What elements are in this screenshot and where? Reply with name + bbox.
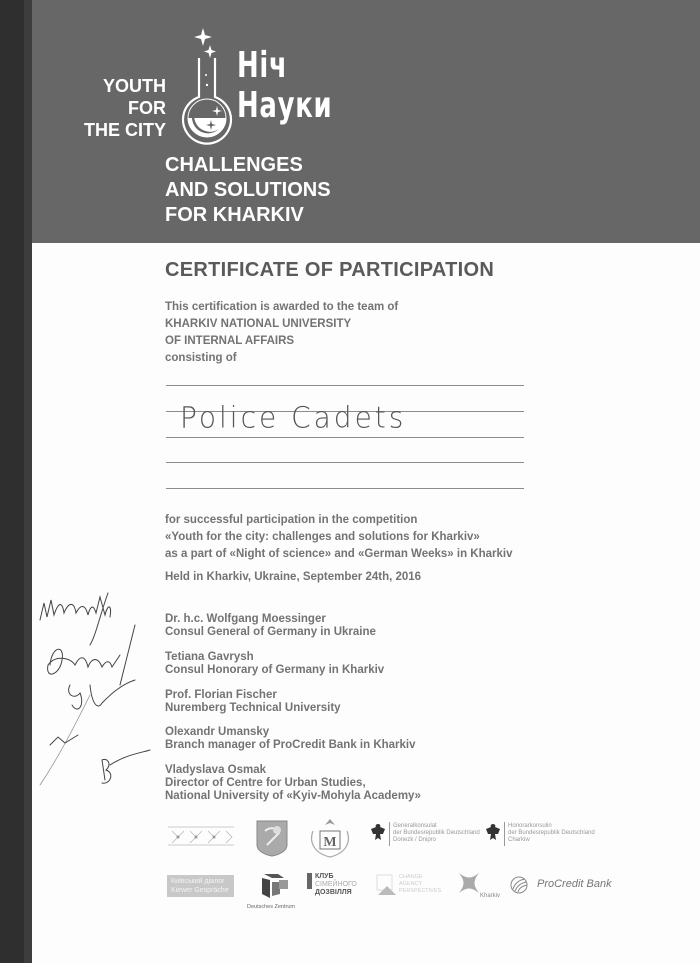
solutions-line: AND SOLUTIONS — [165, 178, 331, 203]
flask-moon-logo-icon — [175, 25, 245, 145]
kyiv-dialog-logo: Київський діалог Kiewer Gespräche — [167, 875, 234, 897]
signer-name: Vladyslava Osmak — [165, 764, 421, 777]
logo-line: СІМЕЙНОГО — [315, 881, 357, 889]
team-line — [166, 437, 524, 438]
signer-moessinger: Dr. h.c. Wolfgang Moessinger Consul Gene… — [165, 613, 376, 639]
change-agency-logo: CHANGE AGENCY PERSPECTIVES — [399, 874, 441, 895]
participation-text: for successful participation in the comp… — [165, 512, 512, 563]
signer-umansky: Olexandr Umansky Branch manager of ProCr… — [165, 726, 416, 752]
signer-name: Olexandr Umansky — [165, 726, 416, 739]
signer-name: Tetiana Gavrysh — [165, 651, 384, 664]
logo-line: Київський діалог — [171, 877, 230, 886]
signer-fischer: Prof. Florian Fischer Nuremberg Technica… — [165, 689, 341, 715]
team-name-handwritten: Police Cadets — [180, 400, 406, 435]
logo-line: Honorarkonsulin — [508, 823, 595, 830]
signatures-icon — [30, 585, 170, 805]
logo-divider — [504, 822, 505, 846]
university-line: KHARKIV NATIONAL UNIVERSITY — [165, 316, 398, 333]
logo-divider — [389, 822, 390, 846]
deutsches-zentrum-cube-icon — [258, 872, 290, 900]
kyiv-mohyla-academy-logo-icon: M — [305, 817, 355, 859]
kharkiv-star-logo-icon — [459, 873, 479, 893]
signer-role: Director of Centre for Urban Studies, — [165, 777, 421, 790]
binder-spine — [0, 0, 32, 963]
deutsches-zentrum-label: Deutsches Zentrum — [247, 904, 295, 911]
logo-line: der Bundesrepublik Deutschland — [508, 830, 595, 837]
challenges-heading: CHALLENGES AND SOLUTIONS FOR KHARKIV — [165, 153, 331, 228]
brand-line-1: Ніч — [237, 45, 288, 86]
consisting-of-line: consisting of — [165, 350, 398, 367]
logo-line: ДОЗВІЛЛЯ — [315, 889, 357, 897]
team-line — [166, 462, 524, 463]
logo-line: PERSPECTIVES — [399, 888, 441, 895]
awarded-text: This certification is awarded to the tea… — [165, 299, 398, 367]
ornament-logo-icon — [166, 823, 236, 853]
for-line: FOR — [128, 98, 166, 118]
youth-line: YOUTH — [103, 76, 166, 96]
german-eagle-icon — [370, 822, 386, 844]
challenges-line: CHALLENGES — [165, 153, 331, 178]
logo-line: CHANGE — [399, 874, 441, 881]
honorary-consul-logo: Honorarkonsulin der Bundesrepublik Deuts… — [508, 823, 595, 844]
logo-line: Charkiw — [508, 837, 595, 844]
change-agency-triangle-icon — [376, 874, 398, 896]
logo-line: КЛУБ — [315, 873, 357, 881]
logo-line: Donezk / Dnipro — [393, 837, 480, 844]
brand-line-2: Науки — [237, 88, 332, 124]
participation-line: for successful participation in the comp… — [165, 512, 512, 529]
kharkiv-coat-of-arms-icon — [255, 819, 289, 857]
german-eagle-icon — [485, 822, 501, 844]
signer-gavrysh: Tetiana Gavrysh Consul Honorary of Germa… — [165, 651, 384, 677]
certificate-title: CERTIFICATE OF PARTICIPATION — [165, 259, 494, 282]
consulate-general-logo: Generalkonsulat der Bundesrepublik Deuts… — [393, 823, 480, 844]
logo-line: der Bundesrepublik Deutschland — [393, 830, 480, 837]
procredit-bank-logo: ProCredit Bank — [537, 878, 612, 890]
svg-text:M: M — [323, 835, 336, 850]
klub-logo-bar — [307, 873, 312, 889]
signer-osmak: Vladyslava Osmak Director of Centre for … — [165, 764, 421, 803]
awarded-line: This certification is awarded to the tea… — [165, 299, 398, 316]
logo-line: Kiewer Gespräche — [171, 886, 230, 895]
logo-line: AGENCY — [399, 881, 441, 888]
the-city-line: THE CITY — [84, 120, 166, 140]
signer-role: Consul General of Germany in Ukraine — [165, 626, 376, 639]
team-line — [166, 488, 524, 489]
competition-name-line: «Youth for the city: challenges and solu… — [165, 529, 512, 546]
signer-name: Dr. h.c. Wolfgang Moessinger — [165, 613, 376, 626]
signer-name: Prof. Florian Fischer — [165, 689, 341, 702]
event-line: as a part of «Night of science» and «Ger… — [165, 546, 512, 563]
logo-line: Generalkonsulat — [393, 823, 480, 830]
youth-for-the-city-heading: YOUTH FOR THE CITY — [60, 76, 166, 146]
procredit-swirl-icon — [509, 875, 529, 895]
nich-nauky-wordmark: Ніч Науки — [237, 48, 332, 124]
signer-role: Consul Honorary of Germany in Kharkiv — [165, 664, 384, 677]
signer-role: Branch manager of ProCredit Bank in Khar… — [165, 739, 416, 752]
for-kharkiv-line: FOR KHARKIV — [165, 203, 331, 228]
team-line — [166, 385, 524, 386]
kharkiv-label: Kharkiv — [480, 893, 500, 900]
held-text: Held in Kharkiv, Ukraine, September 24th… — [165, 569, 421, 586]
signer-role-2: National University of «Kyiv-Mohyla Acad… — [165, 790, 421, 803]
klub-logo: КЛУБ СІМЕЙНОГО ДОЗВІЛЛЯ — [315, 873, 357, 897]
university-line-2: OF INTERNAL AFFAIRS — [165, 333, 398, 350]
signer-role: Nuremberg Technical University — [165, 702, 341, 715]
